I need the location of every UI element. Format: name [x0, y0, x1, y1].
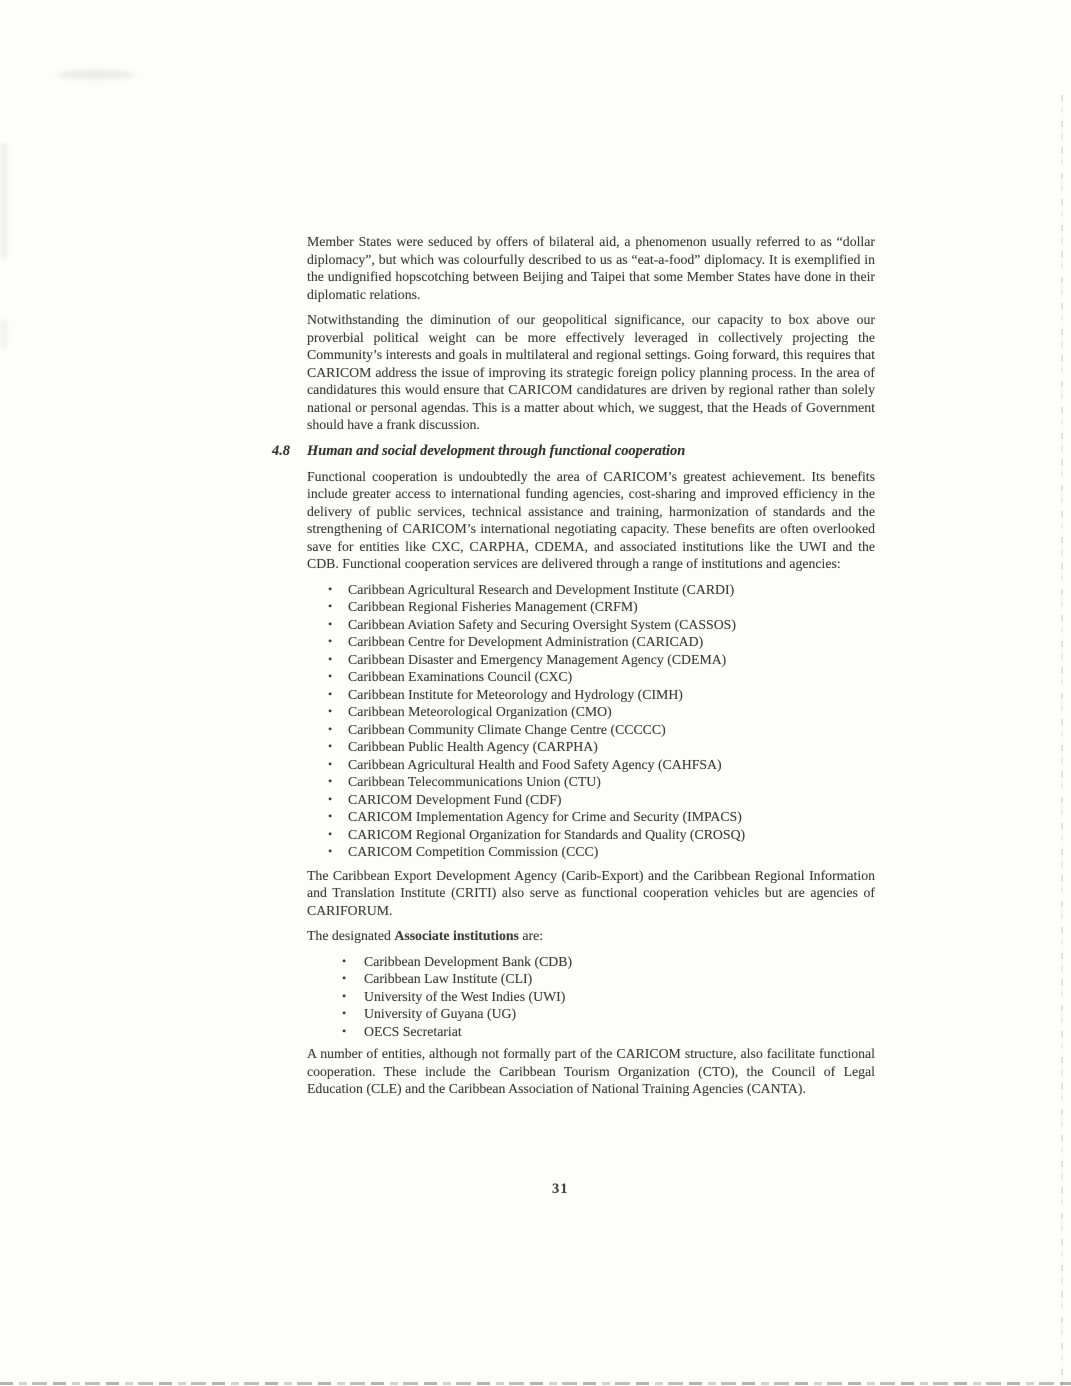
list-item: •Caribbean Telecommunications Union (CTU… — [307, 773, 875, 791]
page-content: Member States were seduced by offers of … — [307, 233, 875, 1106]
bullet-icon: • — [328, 668, 348, 686]
list-item: •OECS Secretariat — [307, 1023, 875, 1041]
associates-list: •Caribbean Development Bank (CDB) •Carib… — [307, 953, 875, 1041]
list-item-text: Caribbean Centre for Development Adminis… — [348, 633, 703, 651]
list-item: •CARICOM Competition Commission (CCC) — [307, 843, 875, 861]
bullet-icon: • — [328, 738, 348, 756]
bullet-icon: • — [328, 703, 348, 721]
list-item-text: Caribbean Telecommunications Union (CTU) — [348, 773, 601, 791]
list-item-text: Caribbean Community Climate Change Centr… — [348, 721, 666, 739]
list-item-text: Caribbean Law Institute (CLI) — [364, 970, 532, 988]
scan-artifact-left-streak — [1, 143, 7, 258]
list-item: •Caribbean Disaster and Emergency Manage… — [307, 651, 875, 669]
list-item: •Caribbean Public Health Agency (CARPHA) — [307, 738, 875, 756]
bullet-icon: • — [342, 988, 364, 1006]
list-item-text: CARICOM Regional Organization for Standa… — [348, 826, 745, 844]
list-item-text: Caribbean Disaster and Emergency Managem… — [348, 651, 726, 669]
list-item: •University of the West Indies (UWI) — [307, 988, 875, 1006]
list-item-text: University of Guyana (UG) — [364, 1005, 516, 1023]
bullet-icon: • — [342, 1005, 364, 1023]
list-item-text: Caribbean Meteorological Organization (C… — [348, 703, 612, 721]
list-item-text: Caribbean Examinations Council (CXC) — [348, 668, 572, 686]
list-item-text: Caribbean Agricultural Health and Food S… — [348, 756, 722, 774]
list-item-text: Caribbean Public Health Agency (CARPHA) — [348, 738, 598, 756]
document-page: Member States were seduced by offers of … — [0, 0, 1071, 1386]
bullet-icon: • — [328, 686, 348, 704]
bullet-icon: • — [328, 581, 348, 599]
list-item: •Caribbean Centre for Development Admini… — [307, 633, 875, 651]
list-item-text: Caribbean Agricultural Research and Deve… — [348, 581, 734, 599]
list-item: •Caribbean Aviation Safety and Securing … — [307, 616, 875, 634]
scan-artifact-bottom-edge — [0, 1382, 1071, 1385]
list-item-text: CARICOM Implementation Agency for Crime … — [348, 808, 742, 826]
list-item: •Caribbean Law Institute (CLI) — [307, 970, 875, 988]
institutions-list: •Caribbean Agricultural Research and Dev… — [307, 581, 875, 861]
paragraph-functional-cooperation: Functional cooperation is undoubtedly th… — [307, 468, 875, 573]
bullet-icon: • — [342, 953, 364, 971]
paragraph-geopolitical: Notwithstanding the diminution of our ge… — [307, 311, 875, 434]
list-item: •Caribbean Community Climate Change Cent… — [307, 721, 875, 739]
bullet-icon: • — [328, 791, 348, 809]
paragraph-bilateral-aid: Member States were seduced by offers of … — [307, 233, 875, 303]
list-item: •Caribbean Examinations Council (CXC) — [307, 668, 875, 686]
list-item-text: CARICOM Development Fund (CDF) — [348, 791, 561, 809]
list-item-text: CARICOM Competition Commission (CCC) — [348, 843, 598, 861]
bullet-icon: • — [328, 773, 348, 791]
bullet-icon: • — [328, 633, 348, 651]
bullet-icon: • — [328, 616, 348, 634]
associate-institutions-intro: The designated Associate institutions ar… — [307, 927, 875, 945]
list-item: •Caribbean Regional Fisheries Management… — [307, 598, 875, 616]
bullet-icon: • — [328, 826, 348, 844]
paragraph-cariforum: The Caribbean Export Development Agency … — [307, 867, 875, 920]
bullet-icon: • — [328, 843, 348, 861]
list-item-text: OECS Secretariat — [364, 1023, 462, 1041]
intro-prefix: The designated — [307, 928, 394, 943]
list-item-text: University of the West Indies (UWI) — [364, 988, 565, 1006]
list-item: •Caribbean Institute for Meteorology and… — [307, 686, 875, 704]
list-item: •CARICOM Implementation Agency for Crime… — [307, 808, 875, 826]
list-item: •Caribbean Development Bank (CDB) — [307, 953, 875, 971]
bullet-icon: • — [342, 1023, 364, 1041]
list-item-text: Caribbean Development Bank (CDB) — [364, 953, 572, 971]
scan-artifact-left-streak-2 — [0, 320, 7, 348]
list-item: •University of Guyana (UG) — [307, 1005, 875, 1023]
section-heading: 4.8 Human and social development through… — [272, 442, 875, 460]
page-number: 31 — [552, 1181, 569, 1198]
section-number: 4.8 — [272, 442, 307, 460]
scan-artifact-smudge — [57, 70, 135, 79]
list-item-text: Caribbean Aviation Safety and Securing O… — [348, 616, 736, 634]
intro-bold: Associate institutions — [394, 928, 519, 943]
list-item: •Caribbean Meteorological Organization (… — [307, 703, 875, 721]
intro-suffix: are: — [519, 928, 543, 943]
bullet-icon: • — [328, 598, 348, 616]
list-item-text: Caribbean Regional Fisheries Management … — [348, 598, 638, 616]
bullet-icon: • — [328, 651, 348, 669]
paragraph-other-entities: A number of entities, although not forma… — [307, 1045, 875, 1098]
list-item: •Caribbean Agricultural Research and Dev… — [307, 581, 875, 599]
list-item-text: Caribbean Institute for Meteorology and … — [348, 686, 683, 704]
bullet-icon: • — [342, 970, 364, 988]
bullet-icon: • — [328, 756, 348, 774]
scan-artifact-right-edge — [1061, 95, 1063, 1386]
bullet-icon: • — [328, 721, 348, 739]
bullet-icon: • — [328, 808, 348, 826]
list-item: •CARICOM Regional Organization for Stand… — [307, 826, 875, 844]
section-title: Human and social development through fun… — [307, 442, 685, 460]
list-item: •Caribbean Agricultural Health and Food … — [307, 756, 875, 774]
list-item: •CARICOM Development Fund (CDF) — [307, 791, 875, 809]
